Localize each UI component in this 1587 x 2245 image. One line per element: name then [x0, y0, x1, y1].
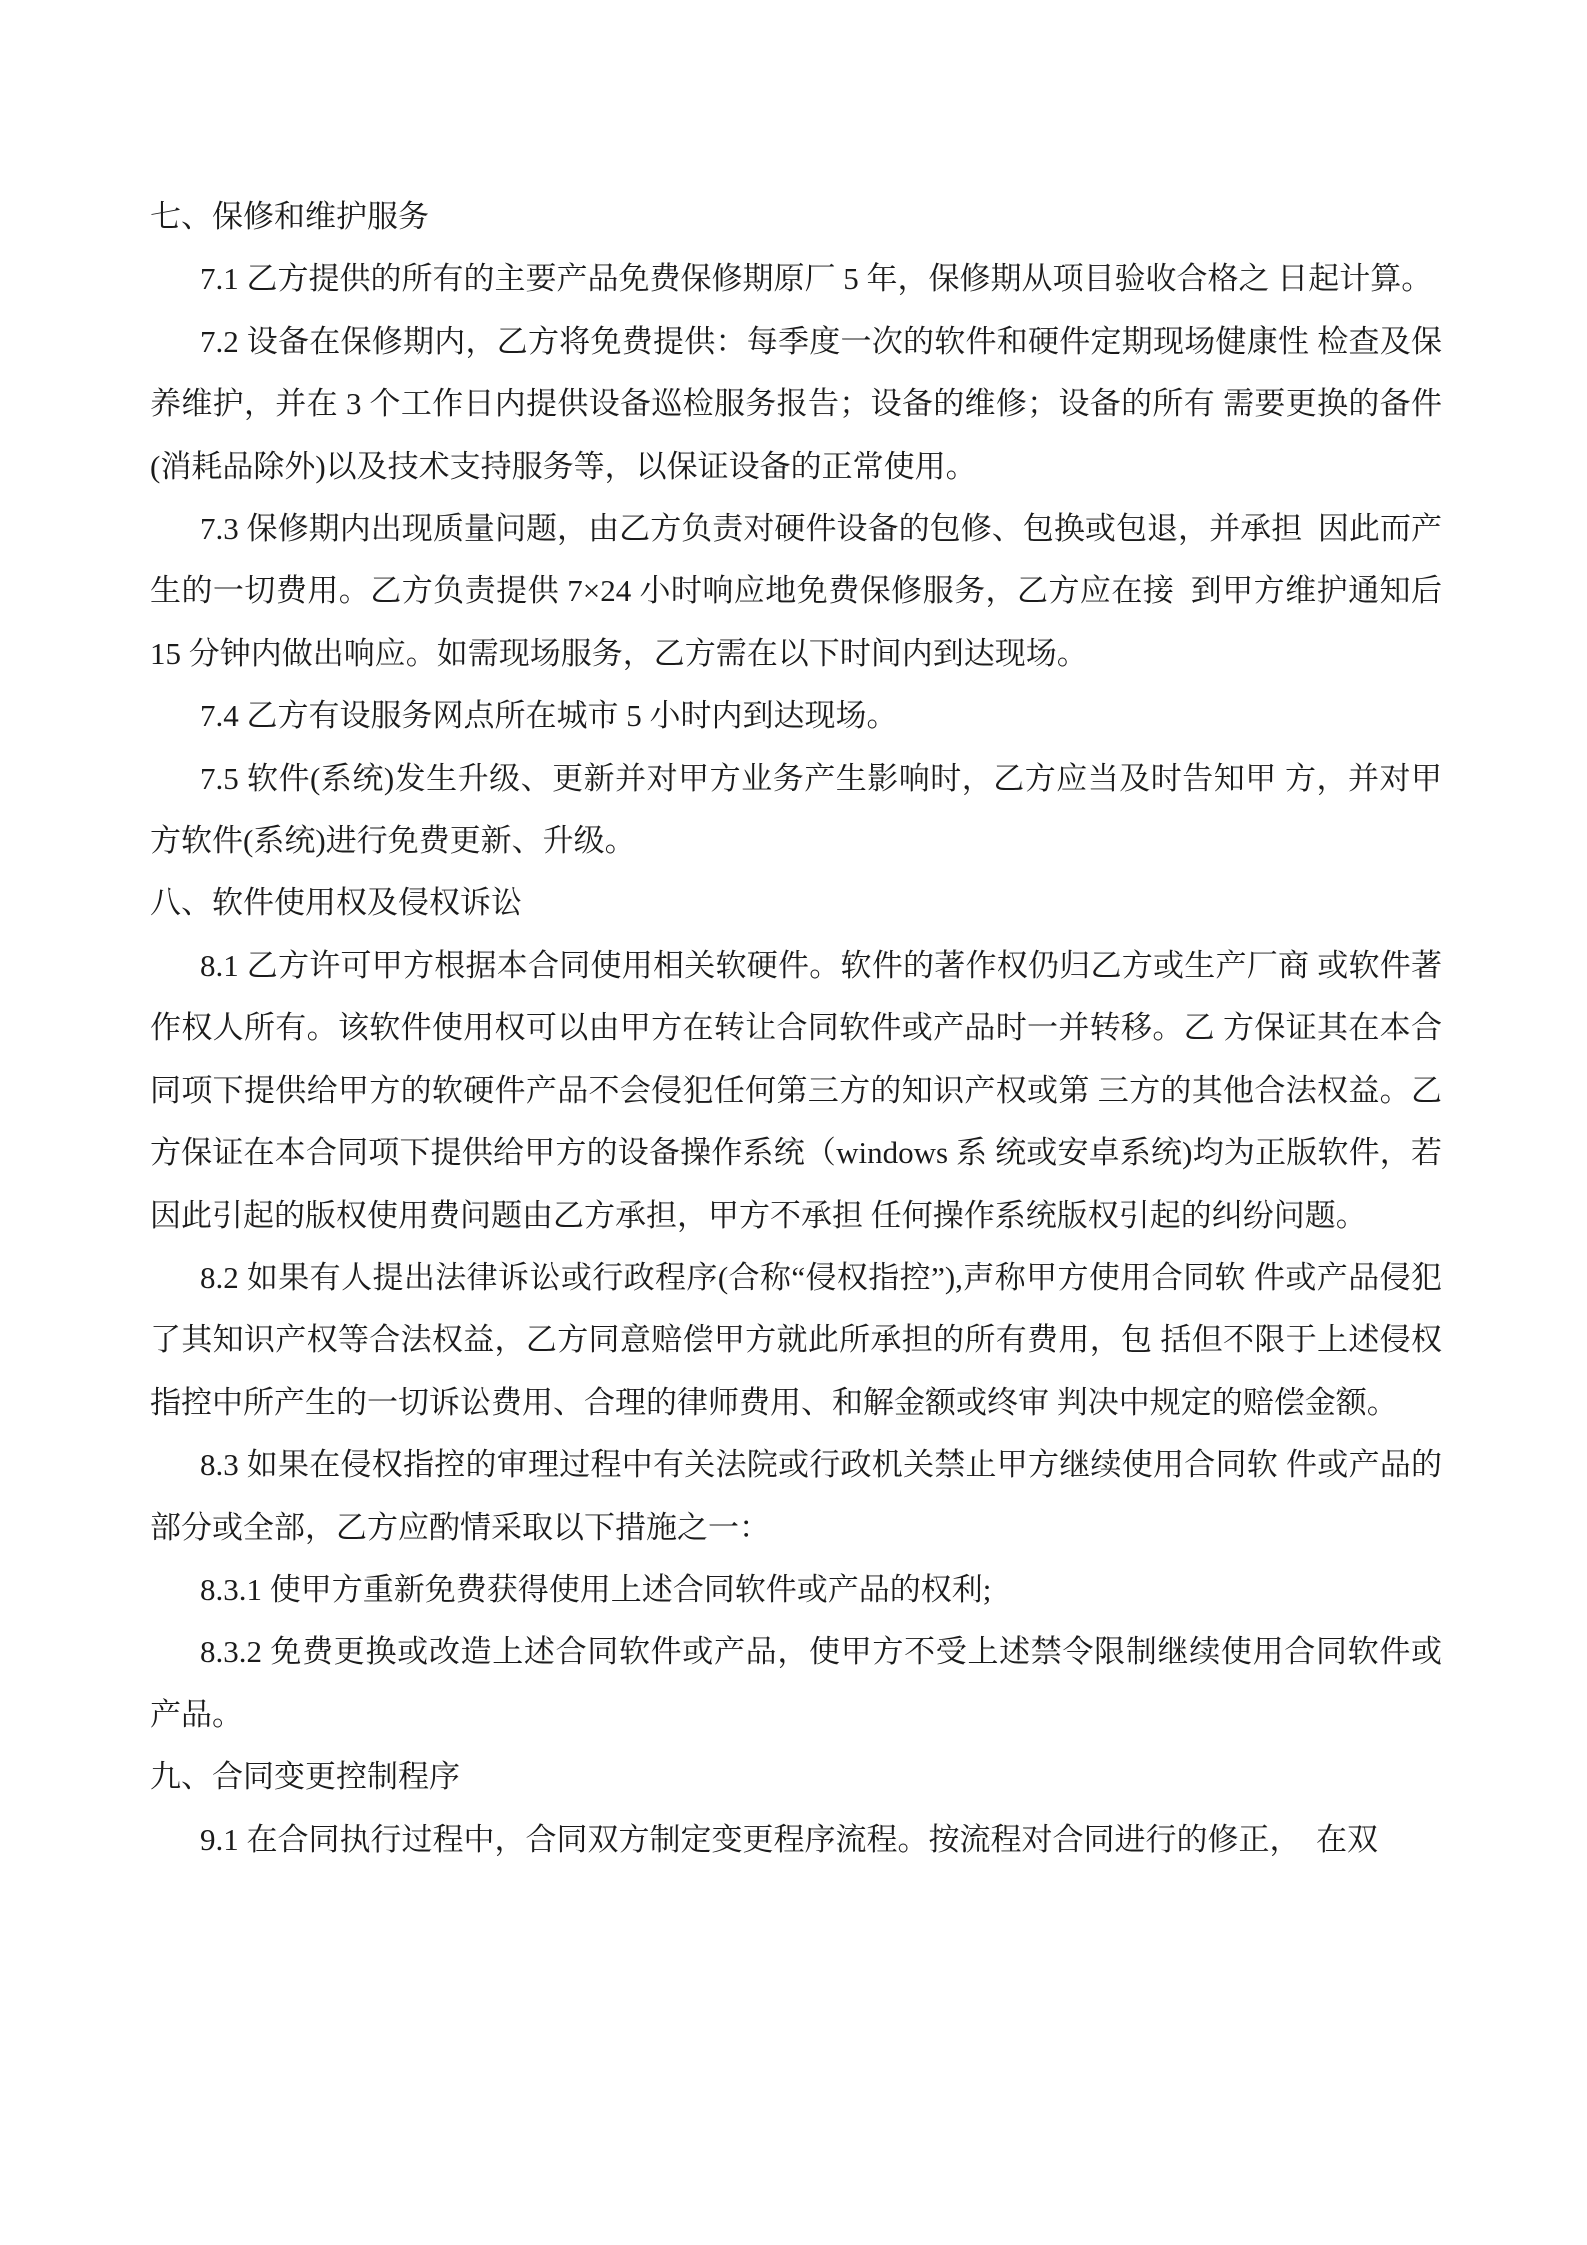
contract-paragraph: 8.3 如果在侵权指控的审理过程中有关法院或行政机关禁止甲方继续使用合同软 件或…: [150, 1434, 1442, 1559]
contract-paragraph: 8.3.2 免费更换或改造上述合同软件或产品，使甲方不受上述禁令限制继续使用合同…: [150, 1621, 1442, 1746]
section-heading: 八、软件使用权及侵权诉讼: [150, 872, 1442, 934]
section-heading: 九、合同变更控制程序: [150, 1746, 1442, 1808]
contract-paragraph: 8.2 如果有人提出法律诉讼或行政程序(合称“侵权指控”),声称甲方使用合同软 …: [150, 1247, 1442, 1434]
contract-paragraph: 8.1 乙方许可甲方根据本合同使用相关软硬件。软件的著作权仍归乙方或生产厂商 或…: [150, 935, 1442, 1247]
contract-paragraph: 7.1 乙方提供的所有的主要产品免费保修期原厂 5 年，保修期从项目验收合格之 …: [150, 248, 1442, 310]
contract-paragraph: 9.1 在合同执行过程中，合同双方制定变更程序流程。按流程对合同进行的修正， 在…: [150, 1809, 1442, 1871]
contract-paragraph: 8.3.1 使甲方重新免费获得使用上述合同软件或产品的权利;: [150, 1559, 1442, 1621]
document-page: 七、保修和维护服务7.1 乙方提供的所有的主要产品免费保修期原厂 5 年，保修期…: [0, 0, 1587, 2245]
contract-paragraph: 7.4 乙方有设服务网点所在城市 5 小时内到达现场。: [150, 685, 1442, 747]
section-heading: 七、保修和维护服务: [150, 186, 1442, 248]
document-text-body: 七、保修和维护服务7.1 乙方提供的所有的主要产品免费保修期原厂 5 年，保修期…: [150, 186, 1442, 1871]
contract-paragraph: 7.5 软件(系统)发生升级、更新并对甲方业务产生影响时，乙方应当及时告知甲 方…: [150, 748, 1442, 873]
contract-paragraph: 7.2 设备在保修期内，乙方将免费提供：每季度一次的软件和硬件定期现场健康性 检…: [150, 311, 1442, 498]
contract-paragraph: 7.3 保修期内出现质量问题，由乙方负责对硬件设备的包修、包换或包退，并承担 因…: [150, 498, 1442, 685]
